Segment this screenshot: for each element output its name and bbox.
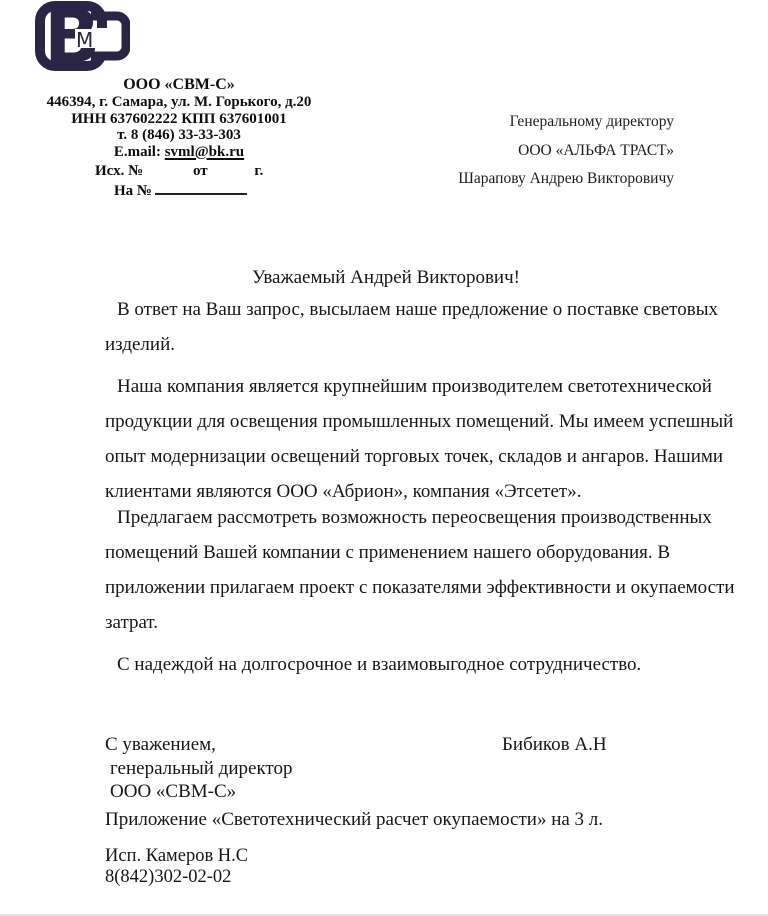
paragraph-line: В ответ на Ваш запрос, высылаем наше пре… bbox=[105, 292, 667, 327]
addressee-person: Шарапову Андрею Викторовичу bbox=[374, 165, 674, 194]
outgoing-number-row: Исх. № от г. bbox=[18, 163, 340, 180]
paragraph-4: С надеждой на долгосрочное и взаимовыгод… bbox=[105, 647, 667, 682]
signature-regards: С уважением, bbox=[105, 733, 292, 757]
letterhead: ООО «СВМ-С» 446394, г. Самара, ул. М. Го… bbox=[18, 75, 340, 199]
paragraph-line: помещений Вашей компании с применением н… bbox=[105, 535, 667, 570]
incoming-number-row: На № bbox=[18, 180, 340, 200]
executor-phone: 8(842)302-02-02 bbox=[105, 867, 248, 888]
incoming-number-blank bbox=[155, 180, 247, 195]
paragraph-line: приложении прилагаем проект с показателя… bbox=[105, 570, 667, 605]
paragraph-line: опыт модернизации освещений торговых точ… bbox=[105, 439, 667, 474]
signature-block: С уважением, генеральный директор ООО «С… bbox=[105, 733, 292, 804]
paragraph-3: Предлагаем рассмотреть возможность перео… bbox=[105, 500, 667, 640]
outgoing-label: Исх. № bbox=[95, 163, 143, 179]
org-email-line: E.mail: svml@bk.ru bbox=[18, 144, 340, 161]
signature-name: Бибиков А.Н bbox=[502, 733, 607, 757]
paragraph-line: изделий. bbox=[105, 327, 667, 362]
org-address: 446394, г. Самара, ул. М. Горького, д.20 bbox=[18, 94, 340, 111]
outgoing-year-label: г. bbox=[254, 163, 263, 180]
signature-company: ООО «СВМ-С» bbox=[105, 780, 292, 804]
svm-monogram-icon: B М bbox=[33, 0, 130, 74]
paragraph-line: Наша компания является крупнейшим произв… bbox=[105, 369, 667, 404]
incoming-label: На № bbox=[114, 183, 152, 199]
addressee-position: Генеральному директору bbox=[374, 108, 674, 137]
letter-document: B М ООО «СВМ-С» 446394, г. Самара, ул. М… bbox=[0, 0, 768, 916]
addressee-company: ООО «АЛЬФА ТРАСТ» bbox=[374, 137, 674, 166]
paragraph-line: затрат. bbox=[105, 605, 667, 640]
paragraph-line: продукции для освещения промышленных пом… bbox=[105, 404, 667, 439]
org-inn-kpp: ИНН 637602222 КПП 637601001 bbox=[18, 111, 340, 128]
addressee-block: Генеральному директору ООО «АЛЬФА ТРАСТ»… bbox=[374, 108, 674, 194]
paragraph-1: В ответ на Ваш запрос, высылаем наше пре… bbox=[105, 292, 667, 362]
greeting: Уважаемый Андрей Викторович! bbox=[105, 260, 667, 295]
executor-name: Исп. Камеров Н.С bbox=[105, 846, 248, 867]
email-link[interactable]: svml@bk.ru bbox=[165, 144, 244, 160]
org-phone: т. 8 (846) 33-33-303 bbox=[18, 127, 340, 144]
org-name: ООО «СВМ-С» bbox=[18, 75, 340, 94]
signature-position: генеральный директор bbox=[105, 757, 292, 781]
svg-text:М: М bbox=[76, 28, 93, 52]
paragraph-line: Предлагаем рассмотреть возможность перео… bbox=[105, 500, 667, 535]
paragraph-line: С надеждой на долгосрочное и взаимовыгод… bbox=[105, 647, 667, 682]
company-logo: B М bbox=[33, 0, 130, 74]
executor-block: Исп. Камеров Н.С 8(842)302-02-02 bbox=[105, 846, 248, 887]
email-label: E.mail: bbox=[114, 144, 161, 160]
outgoing-from-label: от bbox=[193, 163, 208, 180]
paragraph-2: Наша компания является крупнейшим произв… bbox=[105, 369, 667, 509]
attachment-note: Приложение «Светотехнический расчет окуп… bbox=[105, 808, 603, 832]
